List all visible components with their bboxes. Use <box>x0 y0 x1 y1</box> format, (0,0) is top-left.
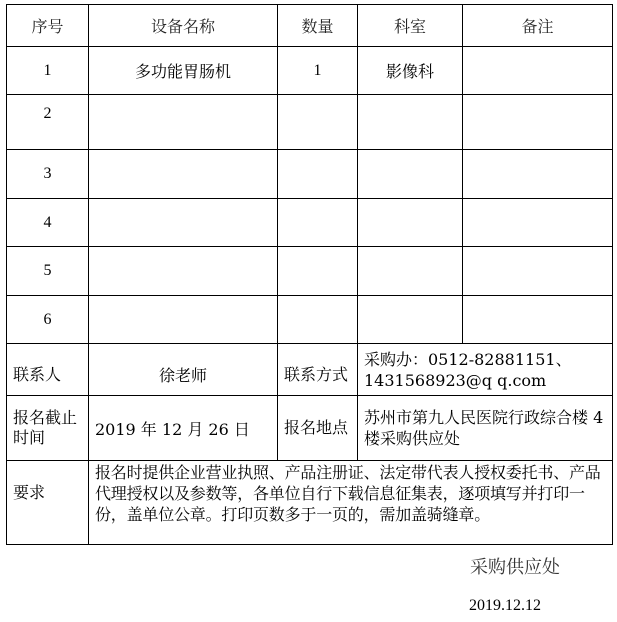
cell-serial: 6 <box>7 296 89 344</box>
footer-department: 采购供应处 <box>470 553 560 579</box>
cell-remarks <box>463 47 613 95</box>
deadline-label: 报名截止时间 <box>7 396 89 461</box>
cell-serial: 5 <box>7 247 89 296</box>
cell-department <box>358 95 463 150</box>
header-department: 科室 <box>358 5 463 47</box>
cell-equipment-name <box>89 296 278 344</box>
cell-quantity <box>278 150 358 199</box>
table-row: 6 <box>7 296 613 344</box>
contact-phone: 采购办：0512-82881151、 <box>364 349 612 370</box>
contact-person-label: 联系人 <box>7 344 89 396</box>
cell-equipment-name: 多功能胃肠机 <box>89 47 278 95</box>
cell-quantity <box>278 247 358 296</box>
cell-quantity <box>278 95 358 150</box>
requirements-text: 报名时提供企业营业执照、产品注册证、法定带代表人授权委托书、产品代理授权以及参数… <box>89 461 613 545</box>
cell-remarks <box>463 95 613 150</box>
table-row: 1 多功能胃肠机 1 影像科 <box>7 47 613 95</box>
cell-serial: 1 <box>7 47 89 95</box>
header-remarks: 备注 <box>463 5 613 47</box>
deadline-value: 2019 年 12 月 26 日 <box>89 396 278 461</box>
contact-email: 1431568923@q q.com <box>364 370 612 391</box>
cell-serial: 4 <box>7 199 89 247</box>
requirements-label: 要求 <box>7 461 89 545</box>
cell-department <box>358 150 463 199</box>
contact-method-value: 采购办：0512-82881151、 1431568923@q q.com <box>358 344 613 396</box>
table-row: 4 <box>7 199 613 247</box>
cell-department <box>358 296 463 344</box>
table-header-row: 序号 设备名称 数量 科室 备注 <box>7 5 613 47</box>
cell-serial: 2 <box>7 95 89 150</box>
cell-quantity: 1 <box>278 47 358 95</box>
registration-row: 报名截止时间 2019 年 12 月 26 日 报名地点 苏州市第九人民医院行政… <box>7 396 613 461</box>
cell-department: 影像科 <box>358 47 463 95</box>
cell-remarks <box>463 199 613 247</box>
header-quantity: 数量 <box>278 5 358 47</box>
contact-row: 联系人 徐老师 联系方式 采购办：0512-82881151、 14315689… <box>7 344 613 396</box>
cell-quantity <box>278 296 358 344</box>
header-equipment-name: 设备名称 <box>89 5 278 47</box>
location-label: 报名地点 <box>278 396 358 461</box>
cell-quantity <box>278 199 358 247</box>
cell-remarks <box>463 247 613 296</box>
cell-equipment-name <box>89 247 278 296</box>
equipment-table: 序号 设备名称 数量 科室 备注 1 多功能胃肠机 1 影像科 2 3 4 5 <box>6 4 613 545</box>
table-row: 5 <box>7 247 613 296</box>
table-row: 2 <box>7 95 613 150</box>
cell-equipment-name <box>89 150 278 199</box>
cell-department <box>358 247 463 296</box>
cell-remarks <box>463 150 613 199</box>
cell-equipment-name <box>89 95 278 150</box>
contact-method-label: 联系方式 <box>278 344 358 396</box>
cell-department <box>358 199 463 247</box>
table-row: 3 <box>7 150 613 199</box>
footer-date: 2019.12.12 <box>469 597 541 615</box>
cell-serial: 3 <box>7 150 89 199</box>
contact-person-value: 徐老师 <box>89 344 278 396</box>
cell-equipment-name <box>89 199 278 247</box>
location-value: 苏州市第九人民医院行政综合楼 4 楼采购供应处 <box>358 396 613 461</box>
requirements-row: 要求 报名时提供企业营业执照、产品注册证、法定带代表人授权委托书、产品代理授权以… <box>7 461 613 545</box>
cell-remarks <box>463 296 613 344</box>
header-serial: 序号 <box>7 5 89 47</box>
